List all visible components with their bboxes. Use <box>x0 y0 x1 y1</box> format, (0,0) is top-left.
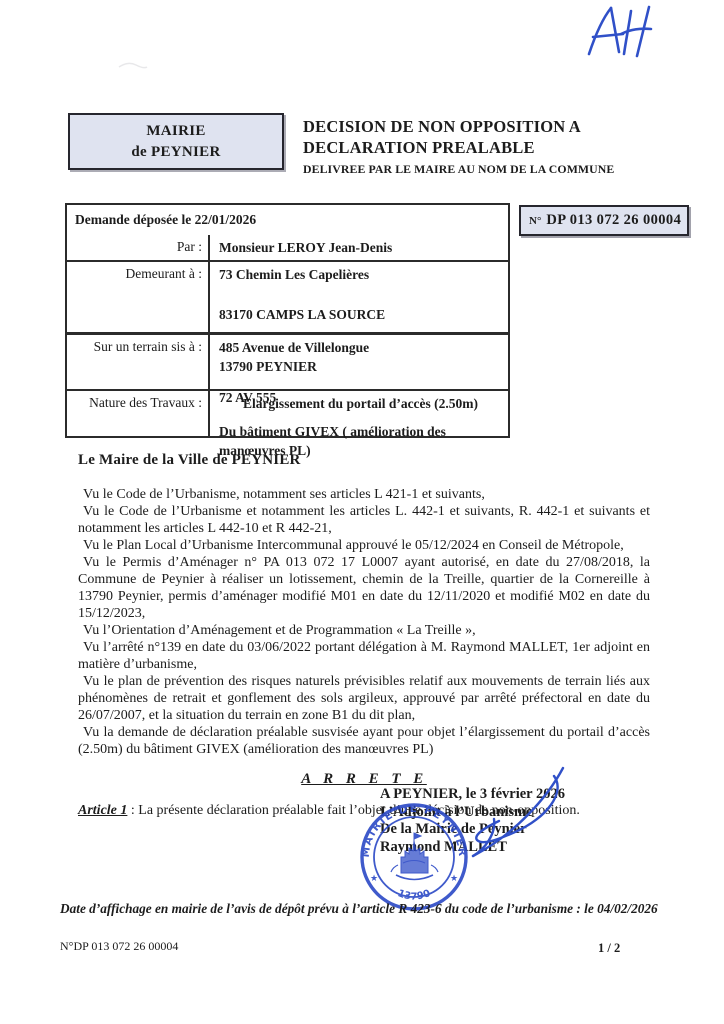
mairie-line1: MAIRIE <box>146 121 205 141</box>
mairie-line2: de PEYNIER <box>131 142 220 162</box>
page-number: 1 / 2 <box>598 941 620 956</box>
stamp-star-left: ★ <box>370 874 378 884</box>
document-title-line2: DECLARATION PREALABLE <box>303 137 703 158</box>
works-nature-label: Nature des Travaux : <box>67 391 210 436</box>
terrain-line1: 485 Avenue de Villelongue <box>219 339 502 358</box>
consideration-paragraph: Vu l’Orientation d’Aménagement et de Pro… <box>78 622 650 639</box>
address-line1: 73 Chemin Les Capelières <box>219 266 502 285</box>
document-title-line1: DECISION DE NON OPPOSITION A <box>303 116 703 137</box>
stamp-emblem <box>391 833 438 880</box>
consideration-paragraph: Vu le Code de l’Urbanisme et notamment l… <box>78 503 650 537</box>
reference-number: DP 013 072 26 00004 <box>546 212 681 229</box>
consideration-paragraph: Vu l’arrêté n°139 en date du 03/06/2022 … <box>78 639 650 673</box>
applicant-label: Par : <box>67 235 210 260</box>
deposit-date-row: Demande déposée le 22/01/2026 <box>67 205 508 235</box>
address-line2: 83170 CAMPS LA SOURCE <box>219 306 502 325</box>
body-block: Le Maire de la Ville de PEYNIER Vu le Co… <box>78 452 650 819</box>
works-nature-value: Elargissement du portail d’accès (2.50m)… <box>210 391 508 436</box>
applicant-row: Par : Monsieur LEROY Jean-Denis <box>67 235 508 260</box>
display-date-line: Date d’affichage en mairie de l’avis de … <box>60 901 670 917</box>
consideration-paragraph: Vu la demande de déclaration préalable s… <box>78 724 650 758</box>
reference-prefix: N° <box>529 215 541 227</box>
terrain-value: 485 Avenue de Villelongue 13790 PEYNIER … <box>210 335 508 389</box>
title-block: DECISION DE NON OPPOSITION A DECLARATION… <box>303 116 703 177</box>
considerations: Vu le Code de l’Urbanisme, notamment ses… <box>78 486 650 758</box>
address-label: Demeurant à : <box>67 262 210 332</box>
works-nature-row: Nature des Travaux : Elargissement du po… <box>67 389 508 436</box>
address-value: 73 Chemin Les Capelières 83170 CAMPS LA … <box>210 262 508 332</box>
applicant-value: Monsieur LEROY Jean-Denis <box>210 235 508 260</box>
article-1-label: Article 1 <box>78 803 127 818</box>
reference-number-box: N° DP 013 072 26 00004 <box>519 205 689 236</box>
terrain-row: Sur un terrain sis à : 485 Avenue de Vil… <box>67 332 508 389</box>
applicant-name: Monsieur LEROY Jean-Denis <box>219 239 502 258</box>
address-row: Demeurant à : 73 Chemin Les Capelières 8… <box>67 260 508 332</box>
works-nature-line1: Elargissement du portail d’accès (2.50m) <box>219 395 502 414</box>
handwritten-initials-icon <box>583 4 673 62</box>
pencil-mark <box>116 56 150 74</box>
mairie-box: MAIRIE de PEYNIER <box>68 113 284 170</box>
stamp-star-right: ★ <box>450 874 458 884</box>
document-page: MAIRIE de PEYNIER DECISION DE NON OPPOSI… <box>0 0 724 1024</box>
consideration-paragraph: Vu le Code de l’Urbanisme, notamment ses… <box>78 486 650 503</box>
consideration-paragraph: Vu le Plan Local d’Urbanisme Intercommun… <box>78 537 650 554</box>
document-subtitle: DELIVREE PAR LE MAIRE AU NOM DE LA COMMU… <box>303 162 703 177</box>
terrain-line2: 13790 PEYNIER <box>219 358 502 377</box>
consideration-paragraph: Vu le Permis d’Aménager n° PA 013 072 17… <box>78 554 650 622</box>
footer-reference: N°DP 013 072 26 00004 <box>60 939 178 954</box>
consideration-paragraph: Vu le plan de prévention des risques nat… <box>78 673 650 724</box>
salutation: Le Maire de la Ville de PEYNIER <box>78 452 650 469</box>
terrain-label: Sur un terrain sis à : <box>67 335 210 389</box>
application-table: Demande déposée le 22/01/2026 Par : Mons… <box>65 203 510 438</box>
mairie-stamp-icon: MAIRIE DE PEYNIER 13790 ★ ★ <box>358 801 470 913</box>
